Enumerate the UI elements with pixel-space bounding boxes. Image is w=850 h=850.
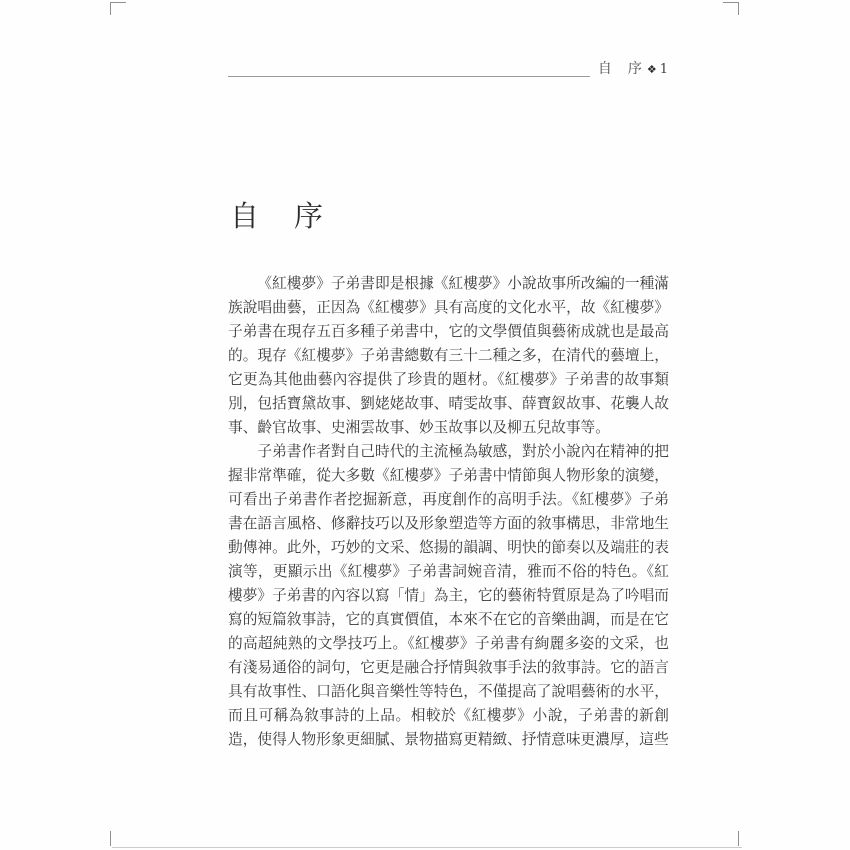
scan-corner-top-right [723,2,739,15]
paragraph-1: 《紅樓夢》子弟書即是根據《紅樓夢》小說故事所改編的一種滿族說唱曲藝，正因為《紅樓… [228,272,669,440]
paragraph-2: 子弟書作者對自己時代的主流極為敏感，對於小說內在精神的把握非常準確，從大多數《紅… [228,440,669,752]
diamond-ornament-icon: ❖ [647,63,657,76]
scan-tick-bottom-left [110,831,111,846]
header-rule [228,76,590,77]
chapter-title: 自 序 [230,200,326,232]
body-text: 《紅樓夢》子弟書即是根據《紅樓夢》小說故事所改編的一種滿族說唱曲藝，正因為《紅樓… [228,272,669,752]
page-number: 1 [660,62,668,77]
book-page: 自 序 ❖ 1 自 序 《紅樓夢》子弟書即是根據《紅樓夢》小說故事所改編的一種滿… [0,0,850,850]
scan-bottom-edge-shadow [112,847,742,848]
scan-tick-bottom-right [738,831,739,846]
header-text: 自 序 ❖ 1 [598,61,668,78]
running-header: 自 序 ❖ 1 [228,61,668,78]
scan-corner-top-left [110,2,126,15]
header-chapter-title: 自 序 [598,61,643,78]
